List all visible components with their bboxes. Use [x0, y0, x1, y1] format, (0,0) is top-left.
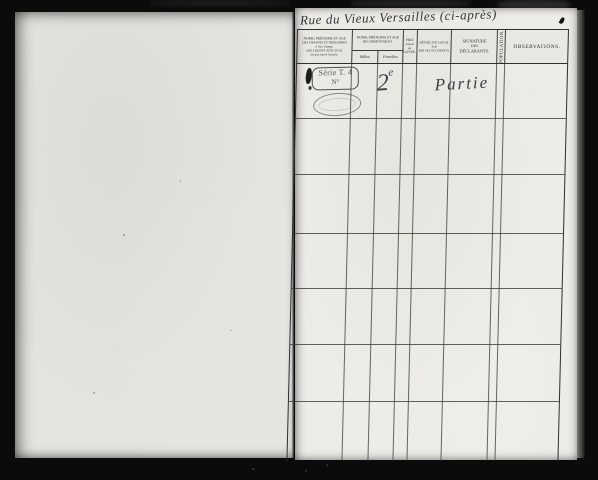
header-population: POPULATION. — [497, 30, 506, 63]
table-header-row: NOMS, PRÉNOMS ET AGE DES ENFANTS ET PERS… — [297, 30, 568, 64]
row-line — [290, 344, 560, 345]
header-line: DES DOMESTIQUES. — [363, 40, 393, 44]
ink-mark — [559, 16, 566, 24]
part-word-handwritten: Partie — [434, 74, 489, 94]
header-line: Femelles. — [383, 55, 399, 60]
header-detail-local: DÉTAIL DU LOCAL loué PAR SES OCCUPANTS. — [417, 30, 452, 63]
row-line — [289, 401, 559, 402]
dust-speck — [230, 330, 232, 331]
dust-speck — [180, 180, 181, 182]
archive-stamp: Série T. 4 N° — [312, 66, 359, 90]
dust-speck — [326, 464, 328, 467]
row-line — [294, 174, 564, 175]
header-males: Mâles. — [352, 51, 378, 63]
dust-speck — [123, 234, 125, 236]
dust-speck — [305, 470, 307, 472]
ink-blot — [309, 86, 312, 90]
header-line: PAR SES OCCUPANTS. — [418, 49, 449, 53]
row-line — [293, 233, 563, 234]
background-artifact — [350, 0, 470, 7]
right-page: Rue du Vieux Versailles (ci-après) NOMS,… — [295, 8, 577, 460]
header-line: OBSERVATIONS. — [513, 43, 560, 50]
page-edge — [577, 10, 585, 458]
scanned-register-page: Rue du Vieux Versailles (ci-après) NOMS,… — [0, 0, 598, 480]
dust-speck — [252, 468, 255, 470]
header-line: DÉCLARANTS. — [459, 49, 489, 54]
census-table: NOMS, PRÉNOMS ET AGE DES ENFANTS ET PERS… — [286, 29, 569, 461]
archive-stamp-series: Série T. 4 — [313, 67, 358, 78]
left-page-blank — [15, 12, 294, 458]
archive-stamp-number: N° — [313, 77, 358, 86]
header-children-persons: NOMS, PRÉNOMS ET AGE DES ENFANTS ET PERS… — [297, 30, 353, 63]
row-line — [296, 118, 566, 119]
part-superscript: e — [388, 66, 393, 78]
header-domestiques-subrow: Mâles. Femelles. — [352, 50, 402, 63]
oval-stamp — [313, 91, 362, 117]
header-line-vertical: POPULATION. — [498, 30, 504, 63]
header-observations: OBSERVATIONS. — [505, 30, 568, 63]
header-femelles: Femelles. — [378, 51, 402, 63]
header-domestiques: NOMS, PRÉNOMS ET AGE DES DOMESTIQUES. Mâ… — [352, 30, 404, 63]
header-line: LOYER. — [404, 50, 416, 54]
header-line: ou qui sont à l'année. — [311, 53, 339, 57]
header-prix-loyer: PRIX annuel du LOYER. — [403, 30, 418, 63]
header-line: Mâles. — [359, 55, 370, 60]
row-line — [292, 288, 562, 289]
background-artifact — [150, 0, 290, 6]
dust-speck — [93, 392, 95, 394]
oval-stamp-inner — [318, 97, 357, 113]
part-number-handwritten: 2e — [376, 67, 394, 95]
header-signature: SIGNATURE DES DÉCLARANTS. — [451, 30, 498, 63]
